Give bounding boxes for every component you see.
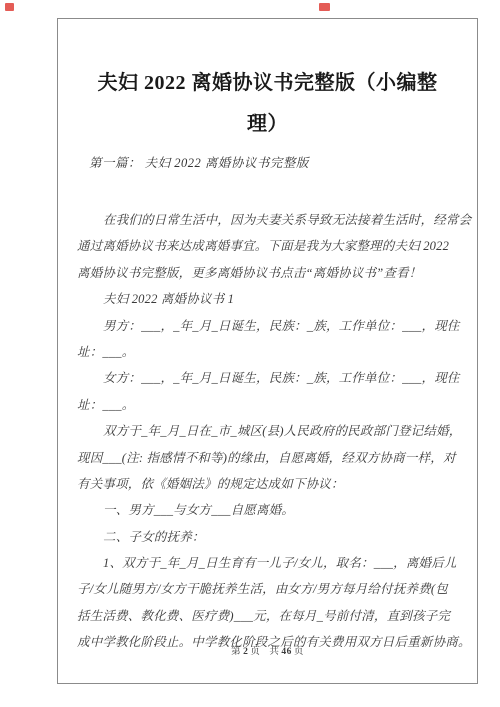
body-text-line: 在我们的日常生活中，因为夫妻关系导致无法接着生活时，经常会 <box>77 207 465 233</box>
footer-page-suffix: 页 <box>250 647 260 657</box>
section-heading: 第一篇： 夫妇 2022 离婚协议书完整版 <box>89 153 309 171</box>
body-text-line: 夫妇 2022 离婚协议书 1 <box>77 286 465 312</box>
document-title: 夫妇 2022 离婚协议书完整版（小编整 理） <box>58 63 477 145</box>
body-text-line: 子/女儿随男方/女方干脆抚养生活，由女方/男方每月给付抚养费(包 <box>77 576 465 602</box>
footer-current-page: 2 <box>243 647 248 657</box>
page-footer: 第2页共46页 <box>58 643 477 657</box>
body-text-line: 现因___(注: 指感情不和等)的缘由，自愿离婚，经双方协商一样，对 <box>77 445 465 471</box>
page-border-frame: 夫妇 2022 离婚协议书完整版（小编整 理） 第一篇： 夫妇 2022 离婚协… <box>57 18 478 684</box>
document-title-line2: 理） <box>58 104 477 145</box>
document-page: 夫妇 2022 离婚协议书完整版（小编整 理） 第一篇： 夫妇 2022 离婚协… <box>0 0 500 707</box>
body-lines: 在我们的日常生活中，因为夫妻关系导致无法接着生活时，经常会通过离婚协议书来达成离… <box>77 207 465 656</box>
body-text-line: 女方：___，_年_月_日诞生，民族：_族，工作单位：___，现住 <box>77 365 465 391</box>
footer-total-suffix: 页 <box>294 647 304 657</box>
body-text-line: 通过离婚协议书来达成离婚事宜。下面是我为大家整理的夫妇 2022 <box>77 233 465 259</box>
red-watermark-mark-left <box>5 3 14 11</box>
footer-page-prefix: 第 <box>231 647 241 657</box>
body-text-line: 男方：___，_年_月_日诞生，民族：_族，工作单位：___，现住 <box>77 313 465 339</box>
body-text-line: 双方于_年_月_日在_市_城区(县)人民政府的民政部门登记结婚， <box>77 418 465 444</box>
footer-total-prefix: 共 <box>269 647 279 657</box>
body-text-line: 1、双方于_年_月_日生育有一儿子/女儿，取名：___，离婚后儿 <box>77 550 465 576</box>
document-title-line1: 夫妇 2022 离婚协议书完整版（小编整 <box>58 63 477 104</box>
body-text-line: 址：___。 <box>77 392 465 418</box>
body-text-line: 一、男方___与女方___自愿离婚。 <box>77 497 465 523</box>
footer-total-pages: 46 <box>281 647 292 657</box>
body-text-line: 有关事项，依《婚姻法》的规定达成如下协议： <box>77 471 465 497</box>
red-watermark-mark-right <box>319 3 330 11</box>
body-text-line: 二、子女的抚养： <box>77 524 465 550</box>
body-text-line: 址：___。 <box>77 339 465 365</box>
body-text-line: 离婚协议书完整版，更多离婚协议书点击“离婚协议书”查看！ <box>77 260 465 286</box>
body-text-line: 括生活费、教化费、医疗费)___元，在每月_号前付清，直到孩子完 <box>77 603 465 629</box>
